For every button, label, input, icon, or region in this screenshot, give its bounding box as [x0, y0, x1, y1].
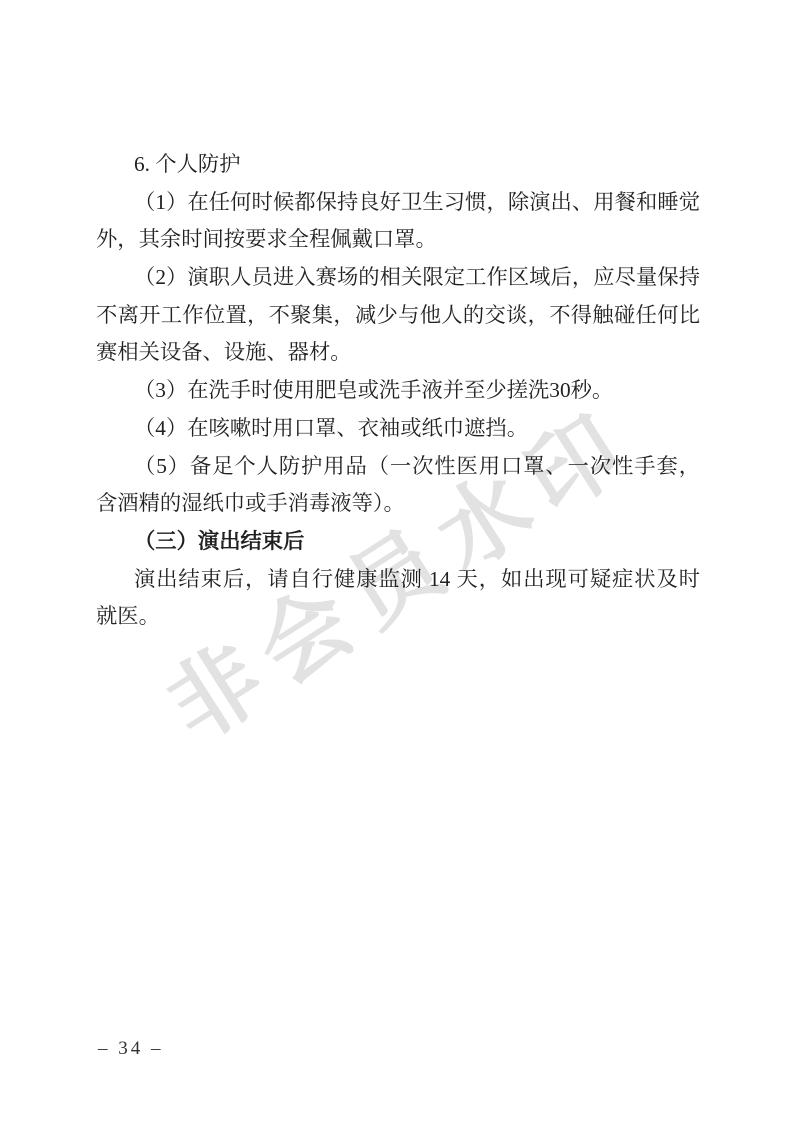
text-line: （1）在任何时候都保持良好卫生习惯，除演出、用餐和睡觉	[96, 184, 700, 222]
text-line: （4）在咳嗽时用口罩、衣袖或纸巾遮挡。	[96, 410, 700, 448]
text-line: 6. 个人防护	[96, 146, 700, 184]
page-number: – 34 –	[98, 1038, 164, 1060]
text-line: 外，其余时间按要求全程佩戴口罩。	[96, 221, 700, 259]
document-page: 非会员水印 6. 个人防护（1）在任何时候都保持良好卫生习惯，除演出、用餐和睡觉…	[0, 0, 793, 1122]
text-line: （三）演出结束后	[96, 523, 700, 561]
document-body: 6. 个人防护（1）在任何时候都保持良好卫生习惯，除演出、用餐和睡觉外，其余时间…	[96, 146, 700, 636]
text-line: （3）在洗手时使用肥皂或洗手液并至少搓洗30秒。	[96, 372, 700, 410]
text-line: 就医。	[96, 598, 700, 636]
text-line: 含酒精的湿纸巾或手消毒液等）。	[96, 485, 700, 523]
text-line: （2）演职人员进入赛场的相关限定工作区域后，应尽量保持	[96, 259, 700, 297]
text-line: 不离开工作位置，不聚集，减少与他人的交谈，不得触碰任何比	[96, 297, 700, 335]
text-line: （5）备足个人防护用品（一次性医用口罩、一次性手套，	[96, 448, 700, 486]
text-line: 演出结束后，请自行健康监测 14 天，如出现可疑症状及时	[96, 561, 700, 599]
text-line: 赛相关设备、设施、器材。	[96, 334, 700, 372]
